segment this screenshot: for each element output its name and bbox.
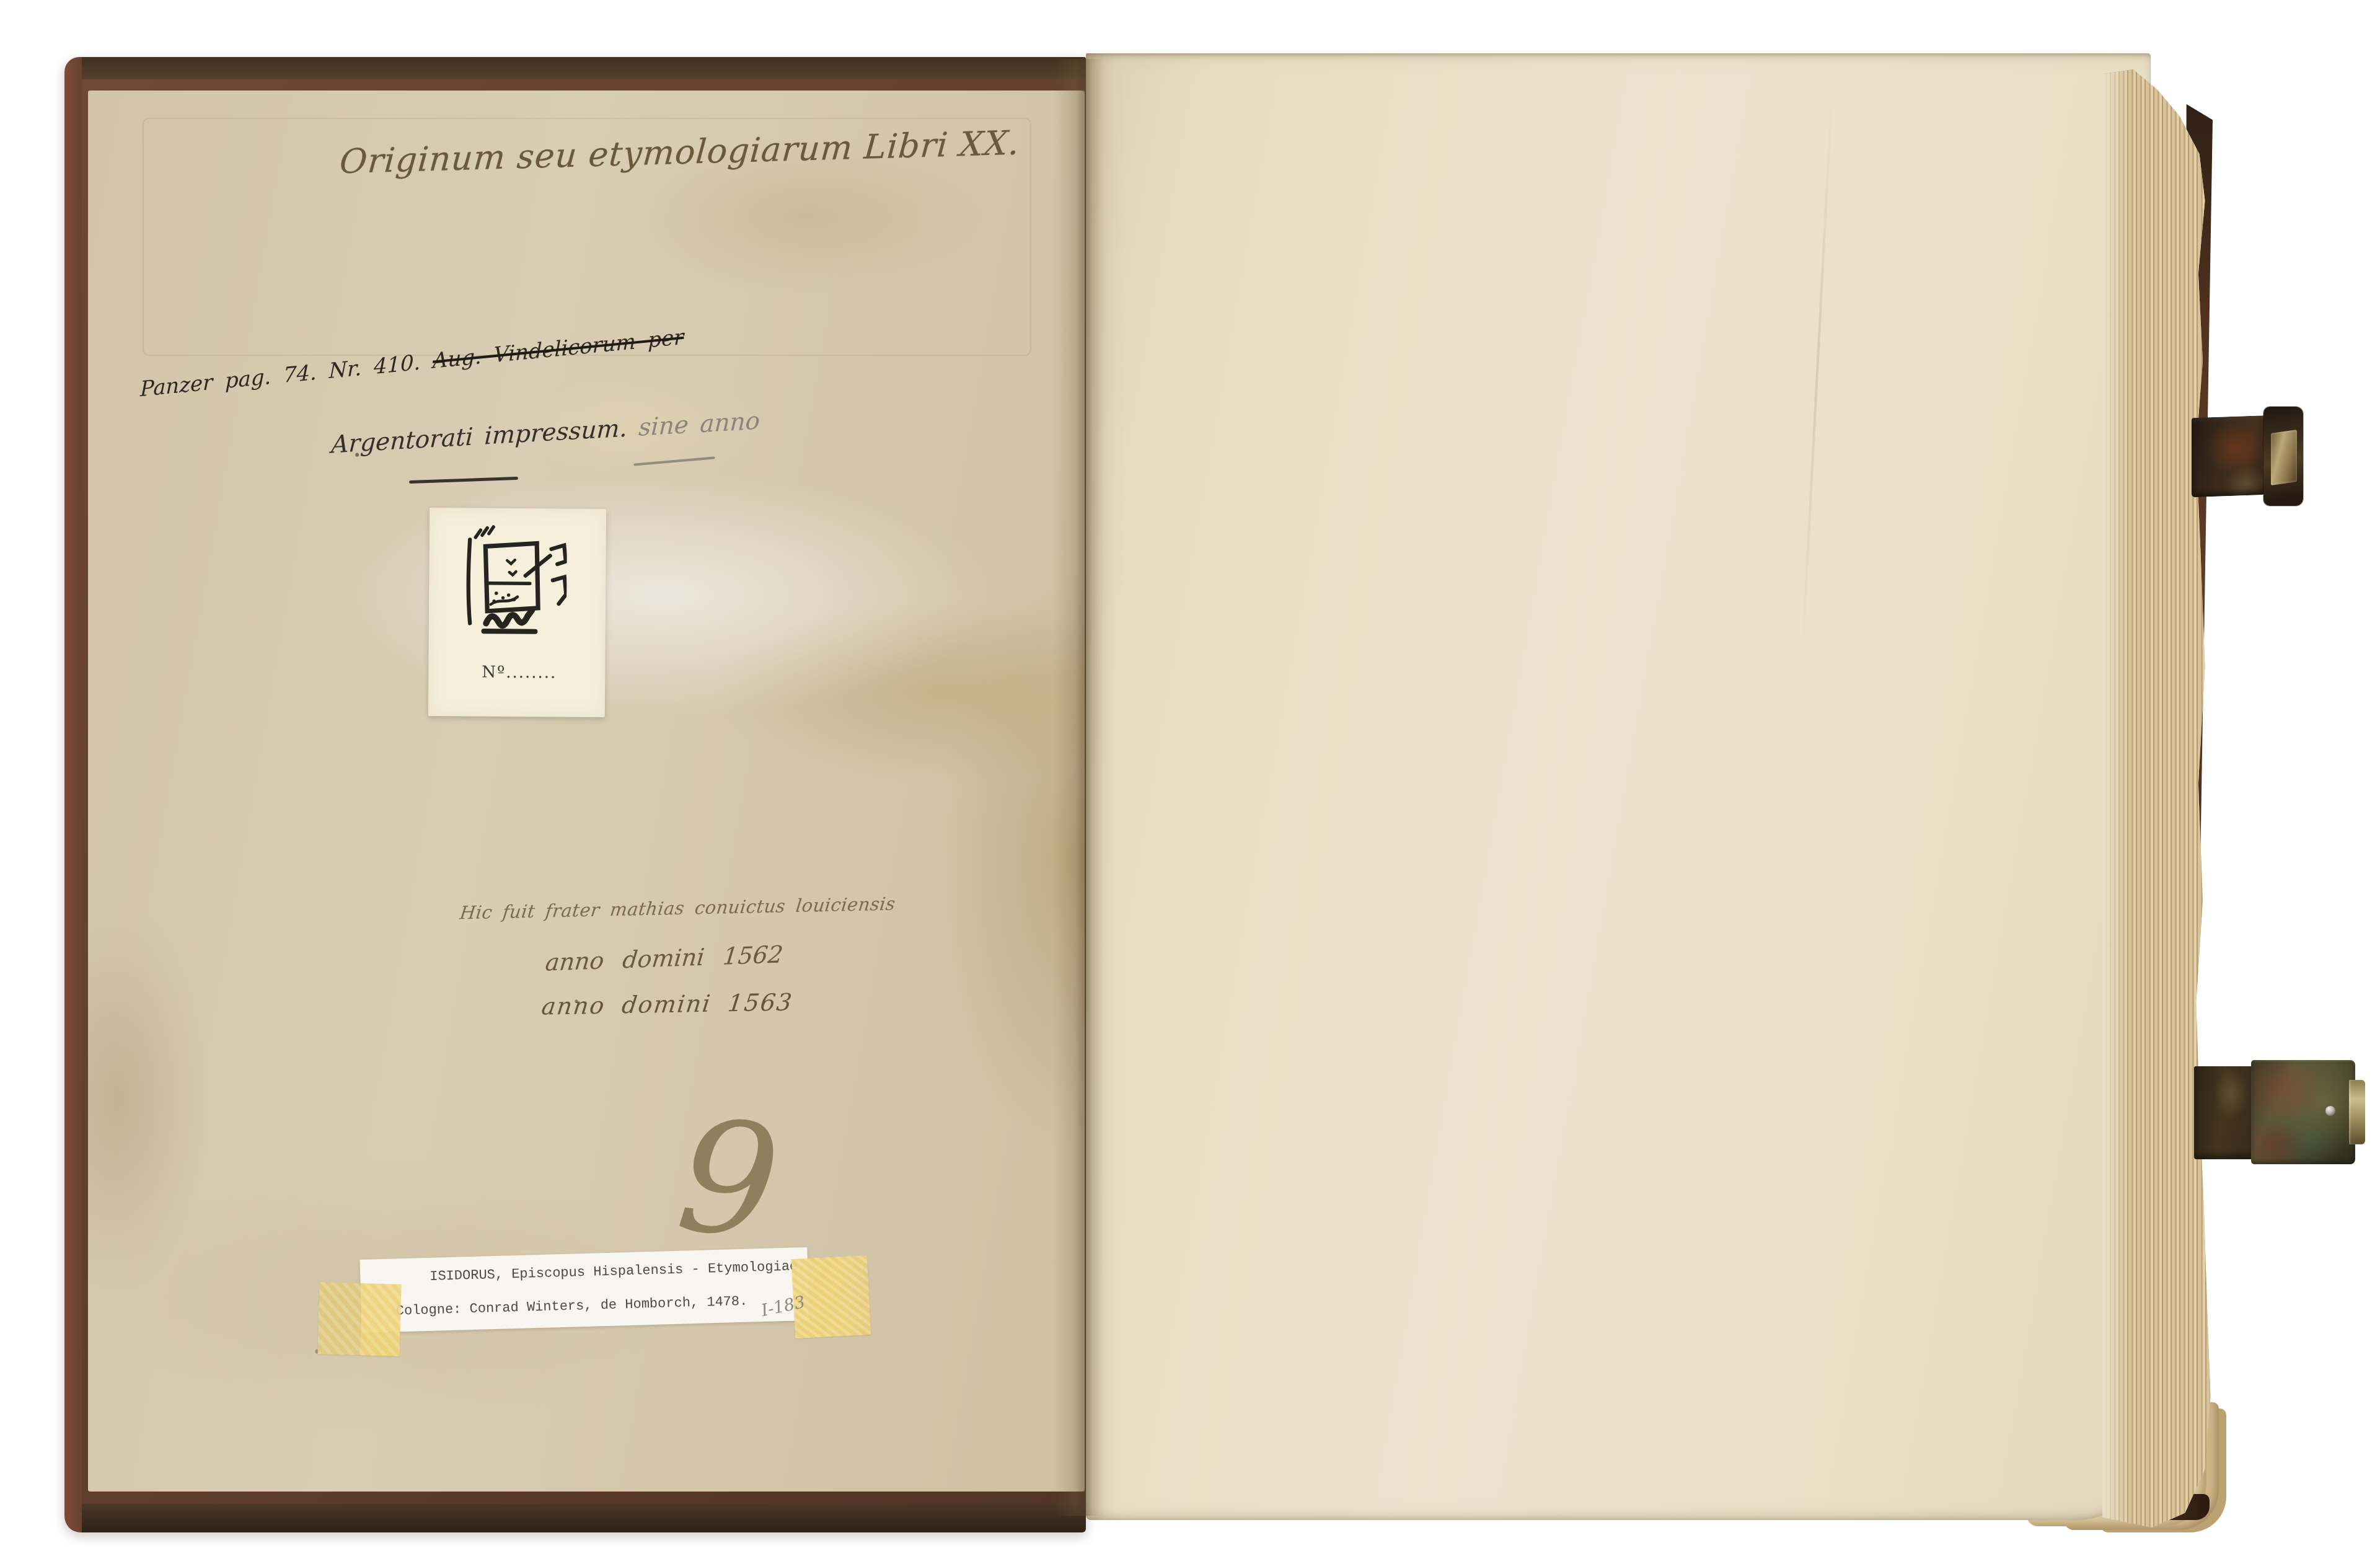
gutter-shadow (1054, 59, 1104, 1516)
bookplate-number-label: Nº........ (482, 663, 557, 683)
right-blank-page (1086, 53, 2151, 1520)
text-block-fore-edge (2102, 69, 2213, 1527)
catalogue-label-line1: ISIDORUS, Episcopus Hispalensis - Etymol… (430, 1258, 806, 1284)
catalogue-label-line2: Cologne: Conrad Winters, de Homborch, 14… (395, 1294, 747, 1319)
clasp-bottom-hook (2349, 1080, 2365, 1144)
clasp-top-buckle-face (2271, 430, 2297, 485)
tape-left (318, 1282, 402, 1356)
bookplate-sketch-icon (455, 521, 567, 646)
clasp-top (2192, 407, 2306, 508)
clasp-top-strap (2192, 415, 2270, 497)
clasp-bottom-strap (2194, 1066, 2256, 1159)
bookplate-label: Nº........ (428, 508, 606, 717)
clasp-bottom-plate (2251, 1060, 2355, 1164)
clasp-bottom (2194, 1060, 2368, 1165)
clasp-rivet (2325, 1106, 2335, 1116)
book-photograph: Originum seu etymologiarum Libri XX. Pan… (0, 0, 2380, 1556)
year-inscription-1563: anno domini 1563 (540, 988, 795, 1020)
catalogue-label: ISIDORUS, Episcopus Hispalensis - Etymol… (359, 1247, 809, 1333)
pencil-numeral: 9 (671, 1097, 785, 1262)
